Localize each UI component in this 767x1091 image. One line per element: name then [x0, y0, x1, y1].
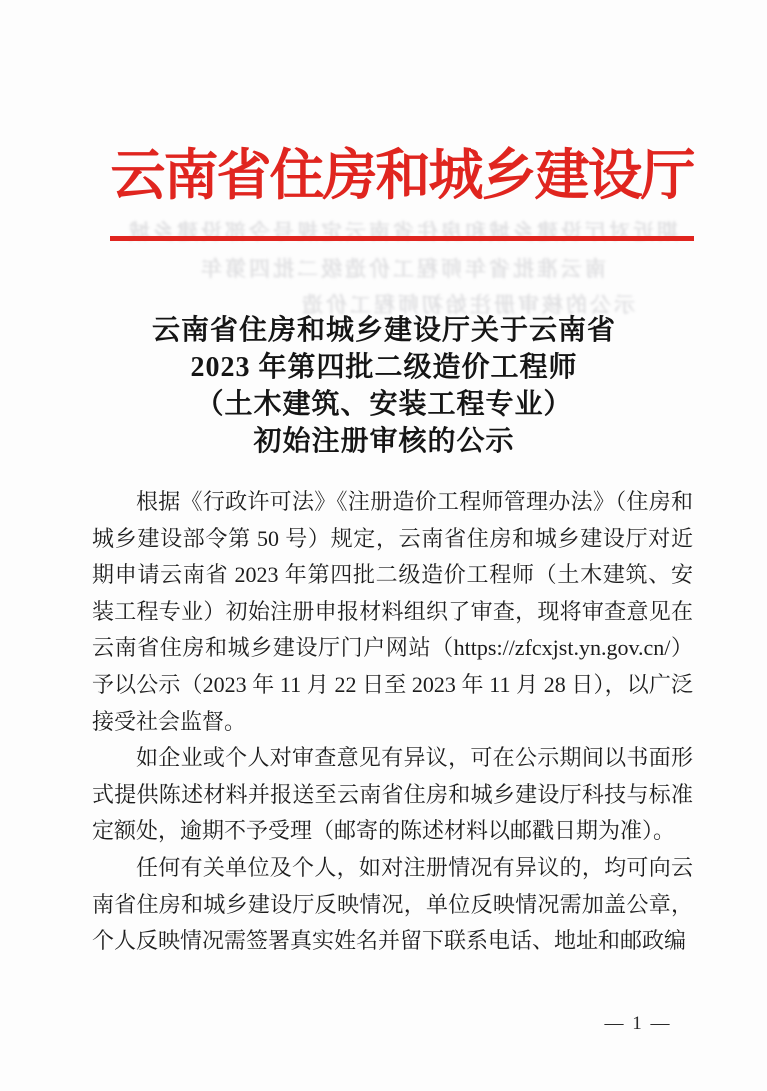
- document-title-line-2: 2023 年第四批二级造价工程师: [84, 349, 684, 386]
- body-paragraph-1: 根据《行政许可法》《注册造价工程师管理办法》（住房和城乡建设部令第 50 号）规…: [92, 484, 693, 740]
- document-title-line-4: 初始注册审核的公示: [84, 423, 684, 460]
- letterhead-agency-name: 云南省住房和城乡建设厅: [110, 143, 694, 209]
- document-body: 根据《行政许可法》《注册造价工程师管理办法》（住房和城乡建设部令第 50 号）规…: [92, 484, 693, 960]
- bleedthrough-line: 期近对厅设建乡城和房住省南云定规号令部设建乡城: [110, 216, 694, 246]
- body-paragraph-3: 任何有关单位及个人，如对注册情况有异议的，均可向云南省住房和城乡建设厅反映情况，…: [92, 850, 693, 960]
- document-page: 期近对厅设建乡城和房住省南云定规号令部设建乡城 南云准批省年师程工价造级二批四第…: [0, 0, 767, 1091]
- bleedthrough-line: 南云准批省年师程工价造级二批四第年: [104, 253, 700, 283]
- document-title-line-3: （土木建筑、安装工程专业）: [84, 386, 684, 423]
- bleedthrough-line: 示公的核审册注始初师程工价造: [236, 289, 698, 319]
- letterhead-rule: [110, 236, 694, 241]
- document-title: 云南省住房和城乡建设厅关于云南省 2023 年第四批二级造价工程师 （土木建筑、…: [84, 312, 684, 460]
- page-number: — 1 —: [593, 1013, 683, 1035]
- body-paragraph-2: 如企业或个人对审查意见有异议，可在公示期间以书面形式提供陈述材料并报送至云南省住…: [92, 740, 693, 850]
